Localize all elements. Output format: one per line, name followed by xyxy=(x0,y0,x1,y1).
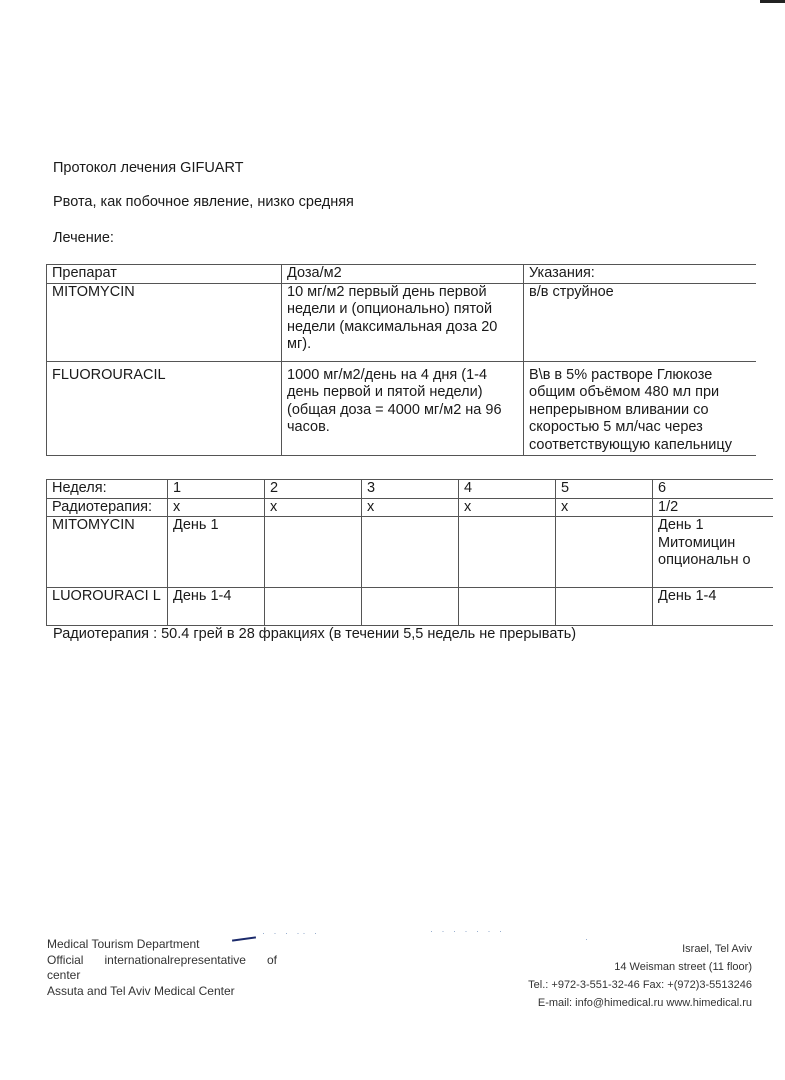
document-title: Протокол лечения GIFUART xyxy=(53,160,244,176)
week-cell: 4 xyxy=(459,480,556,499)
table-row: MITOMYCIN 10 мг/м2 первый день первой не… xyxy=(47,283,757,361)
fluorouracil-cell xyxy=(556,588,653,626)
drug-name: FLUOROURACIL xyxy=(47,361,282,455)
fluorouracil-cell: День 1-4 xyxy=(653,588,774,626)
fluorouracil-cell: День 1-4 xyxy=(168,588,265,626)
footer-city: Israel, Tel Aviv xyxy=(528,940,752,958)
radiotherapy-label: Радиотерапия: xyxy=(47,498,168,517)
header-dose: Доза/м2 xyxy=(282,265,524,284)
footer-representative-line: Official internationalrepresentative of xyxy=(47,953,277,969)
footer-text: Official xyxy=(47,953,83,969)
treatment-label: Лечение: xyxy=(53,230,114,246)
radiotherapy-cell: x xyxy=(168,498,265,517)
week-cell: 2 xyxy=(265,480,362,499)
drug-dose: 10 мг/м2 первый день первой недели и (оп… xyxy=(282,283,524,361)
mitomycin-cell xyxy=(265,517,362,588)
footer-phones: Tel.: +972-3-551-32-46 Fax: +(972)3-5513… xyxy=(528,976,752,994)
radiotherapy-note: Радиотерапия : 50.4 грей в 28 фракциях (… xyxy=(53,626,576,642)
fluorouracil-cell xyxy=(362,588,459,626)
fluorouracil-cell xyxy=(459,588,556,626)
radiotherapy-row: Радиотерапия: x x x x x 1/2 xyxy=(47,498,774,517)
week-cell: 3 xyxy=(362,480,459,499)
week-cell: 6 xyxy=(653,480,774,499)
radiotherapy-cell: 1/2 xyxy=(653,498,774,517)
radiotherapy-cell: x xyxy=(265,498,362,517)
footer-text: of xyxy=(267,953,277,969)
radiotherapy-cell: x xyxy=(459,498,556,517)
mitomycin-cell: День 1 Митомицин опциональн о xyxy=(653,517,774,588)
fluorouracil-row: LUOROURACI L День 1-4 День 1-4 xyxy=(47,588,774,626)
schedule-table: Неделя: 1 2 3 4 5 6 Радиотерапия: x x x … xyxy=(46,479,773,626)
mitomycin-cell xyxy=(459,517,556,588)
fluorouracil-cell xyxy=(265,588,362,626)
fluorouracil-label: LUOROURACI L xyxy=(47,588,168,626)
footer-contacts: Israel, Tel Aviv 14 Weisman street (11 f… xyxy=(528,940,752,1012)
drug-dose: 1000 мг/м2/день на 4 дня (1-4 день перво… xyxy=(282,361,524,455)
week-cell: 1 xyxy=(168,480,265,499)
week-row: Неделя: 1 2 3 4 5 6 xyxy=(47,480,774,499)
table-header-row: Препарат Доза/м2 Указания: xyxy=(47,265,757,284)
drug-instructions: в/в струйное xyxy=(524,283,757,361)
week-label: Неделя: xyxy=(47,480,168,499)
radiotherapy-cell: x xyxy=(556,498,653,517)
mitomycin-label: MITOMYCIN xyxy=(47,517,168,588)
header-drug: Препарат xyxy=(47,265,282,284)
drug-name: MITOMYCIN xyxy=(47,283,282,361)
footer-centers: Assuta and Tel Aviv Medical Center xyxy=(47,984,277,1000)
header-instructions: Указания: xyxy=(524,265,757,284)
footer-address: 14 Weisman street (11 floor) xyxy=(528,958,752,976)
drug-table: Препарат Доза/м2 Указания: MITOMYCIN 10 … xyxy=(46,264,756,456)
footer-department: Medical Tourism Department xyxy=(47,937,277,953)
week-cell: 5 xyxy=(556,480,653,499)
radiotherapy-cell: x xyxy=(362,498,459,517)
footer-organization: Medical Tourism Department Official inte… xyxy=(47,937,277,999)
mitomycin-row: MITOMYCIN День 1 День 1 Митомицин опцион… xyxy=(47,517,774,588)
footer-text: center xyxy=(47,968,277,984)
footer-text: internationalrepresentative xyxy=(105,953,246,969)
scan-edge-mark xyxy=(760,0,785,3)
table-row: FLUOROURACIL 1000 мг/м2/день на 4 дня (1… xyxy=(47,361,757,455)
side-effect-note: Рвота, как побочное явление, низко средн… xyxy=(53,194,354,210)
stamp-trace: · · · · · · · xyxy=(430,926,505,936)
drug-instructions: В\в в 5% растворе Глюкозе общим объёмом … xyxy=(524,361,757,455)
mitomycin-cell: День 1 xyxy=(168,517,265,588)
mitomycin-cell xyxy=(556,517,653,588)
footer-email-web: E-mail: info@himedical.ru www.himedical.… xyxy=(528,994,752,1012)
mitomycin-cell xyxy=(362,517,459,588)
